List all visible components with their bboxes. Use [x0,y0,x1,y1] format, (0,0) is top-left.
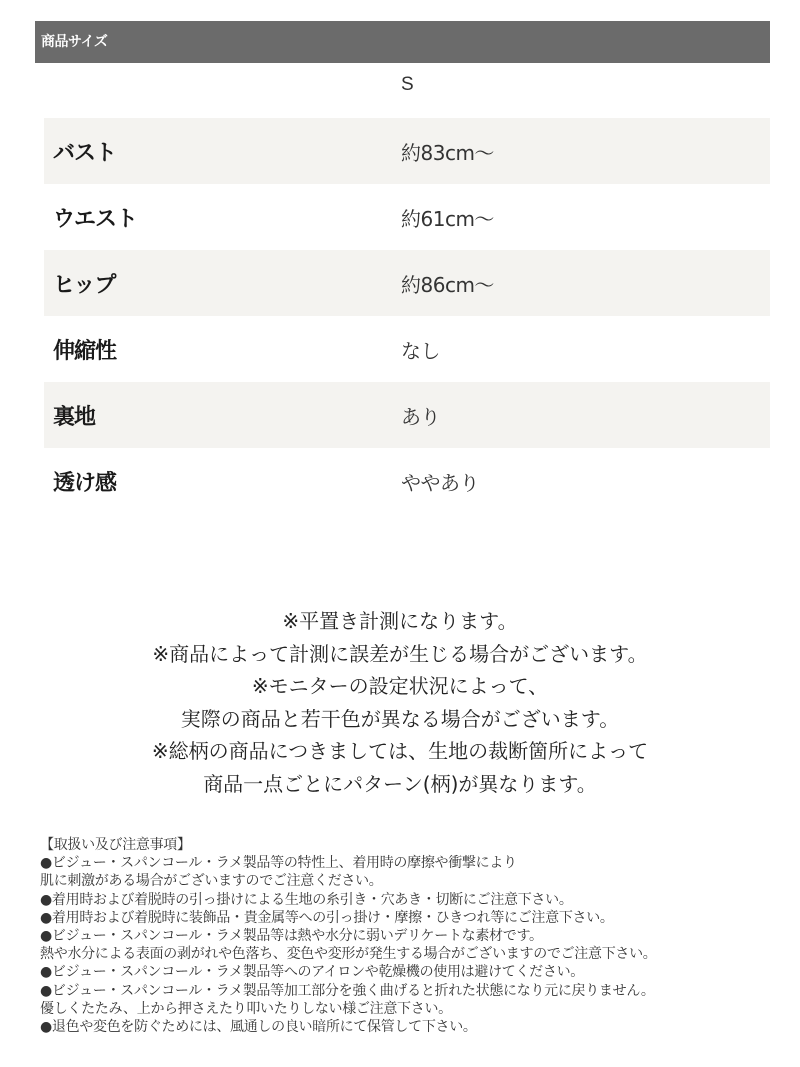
size-row-stretch: 伸縮性 なし [44,316,770,382]
size-row-sheerness: 透け感 ややあり [44,448,770,514]
size-row-lining: 裏地 あり [44,382,770,448]
size-table-header: 商品サイズ [35,21,770,63]
measurement-notes: ※平置き計測になります。 ※商品によって計測に誤差が生じる場合がございます。 ※… [0,605,800,800]
row-label: ヒップ [53,268,115,299]
care-line: ●ビジュー・スパンコール・ラメ製品等加工部分を強く曲げると折れた状態になり元に戻… [40,982,790,1000]
row-value: ややあり [401,467,479,496]
row-value: なし [401,335,440,364]
row-label: 伸縮性 [53,334,116,365]
size-column-label: S [401,74,414,96]
care-line: ●退色や変色を防ぐためには、風通しの良い暗所にて保管して下さい。 [40,1018,790,1036]
note-line: ※総柄の商品につきましては、生地の裁断箇所によって [0,735,800,768]
row-value: 約61cm～ [401,203,494,232]
care-instructions: 【取扱い及び注意事項】 ●ビジュー・スパンコール・ラメ製品等の特性上、着用時の摩… [40,836,790,1036]
care-line: ●着用時および着脱時に装飾品・貴金属等への引っ掛け・摩擦・ひきつれ等にご注意下さ… [40,909,790,927]
row-value: 約86cm～ [401,269,494,298]
care-line: 肌に刺激がある場合がございますのでご注意ください。 [40,872,790,890]
size-row-waist: ウエスト 約61cm～ [44,184,770,250]
row-label: 透け感 [53,466,116,497]
care-line: ●着用時および着脱時の引っ掛けによる生地の糸引き・穴あき・切断にご注意下さい。 [40,891,790,909]
size-row-hip: ヒップ 約86cm～ [44,250,770,316]
row-value: 約83cm～ [401,137,494,166]
care-line: 熱や水分による表面の剥がれや色落ち、変色や変形が発生する場合がございますのでご注… [40,945,790,963]
size-row-bust: バスト 約83cm～ [44,118,770,184]
size-table: バスト 約83cm～ ウエスト 約61cm～ ヒップ 約86cm～ 伸縮性 なし… [44,118,770,514]
care-title: 【取扱い及び注意事項】 [40,836,790,854]
note-line: ※モニターの設定状況によって、 [0,670,800,703]
note-line: ※商品によって計測に誤差が生じる場合がございます。 [0,638,800,671]
note-line: 実際の商品と若干色が異なる場合がございます。 [0,703,800,736]
note-line: ※平置き計測になります。 [0,605,800,638]
care-line: ●ビジュー・スパンコール・ラメ製品等は熱や水分に弱いデリケートな素材です。 [40,927,790,945]
row-label: ウエスト [53,202,137,233]
row-value: あり [401,401,440,430]
row-label: バスト [53,136,116,167]
care-line: ●ビジュー・スパンコール・ラメ製品等へのアイロンや乾燥機の使用は避けてください。 [40,963,790,981]
care-line: ●ビジュー・スパンコール・ラメ製品等の特性上、着用時の摩擦や衝撃により [40,854,790,872]
care-line: 優しくたたみ、上から押さえたり叩いたりしない様ご注意下さい。 [40,1000,790,1018]
note-line: 商品一点ごとにパターン(柄)が異なります。 [0,768,800,801]
row-label: 裏地 [53,400,95,431]
